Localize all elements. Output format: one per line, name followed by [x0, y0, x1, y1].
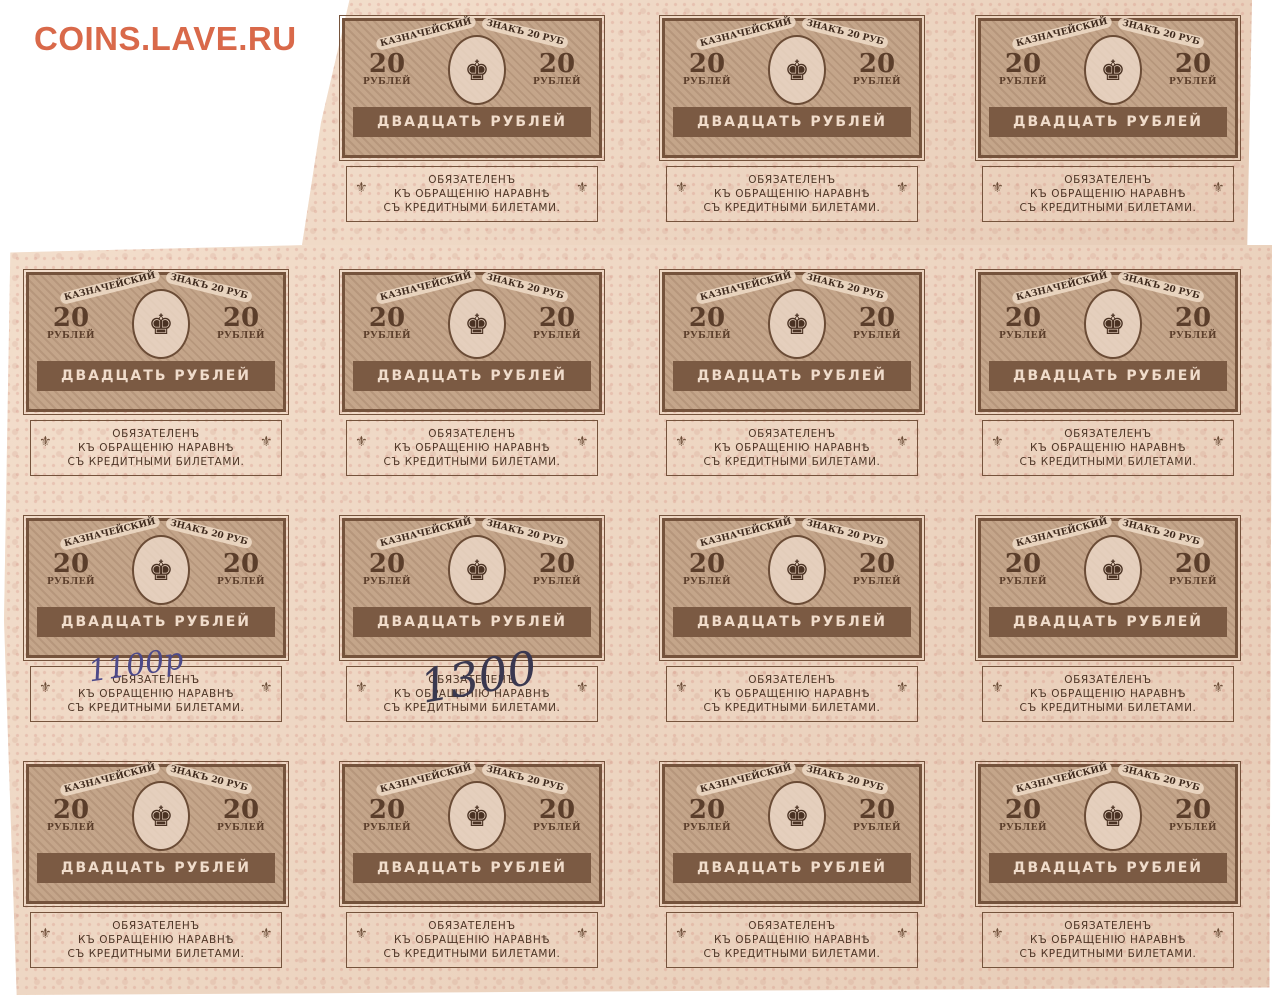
banknote-20-rubles: КАЗНАЧЕЙСКИЙ ЗНАКЪ 20 РУБ ♚ 20РУБЛЕЙ 20Р… — [342, 18, 602, 223]
denomination-band: ДВАДЦАТЬ РУБЛЕЙ — [673, 361, 911, 391]
banknote-legend: ⚜ ⚜ ОБЯЗАТЕЛЕНЪ КЪ ОБРАЩЕНІЮ НАРАВНѢ СЪ … — [346, 912, 598, 968]
banknote-legend: ⚜ ⚜ ОБЯЗАТЕЛЕНЪ КЪ ОБРАЩЕНІЮ НАРАВНѢ СЪ … — [982, 420, 1234, 476]
banknote-20-rubles: КАЗНАЧЕЙСКИЙ ЗНАКЪ 20 РУБ ♚ 20РУБЛЕЙ 20Р… — [978, 18, 1238, 223]
denomination: 20РУБЛЕЙ — [357, 551, 417, 588]
ornament-icon: ⚜ — [1212, 181, 1225, 195]
banknote-20-rubles: КАЗНАЧЕЙСКИЙ ЗНАКЪ 20 РУБ ♚ 20РУБЛЕЙ 20Р… — [978, 764, 1238, 969]
denomination: 20РУБЛЕЙ — [993, 305, 1053, 342]
double-headed-eagle-icon: ♚ — [1084, 35, 1142, 105]
denomination: 20РУБЛЕЙ — [677, 51, 737, 88]
banknote-face: КАЗНАЧЕЙСКИЙ ЗНАКЪ 20 РУБ ♚ 20РУБЛЕЙ 20Р… — [26, 518, 286, 658]
denomination: 20РУБЛЕЙ — [677, 797, 737, 834]
banknote-20-rubles: КАЗНАЧЕЙСКИЙ ЗНАКЪ 20 РУБ ♚ 20РУБЛЕЙ 20Р… — [26, 518, 286, 723]
denomination: 20РУБЛЕЙ — [211, 797, 271, 834]
banknote-face: КАЗНАЧЕЙСКИЙ ЗНАКЪ 20 РУБ ♚ 20РУБЛЕЙ 20Р… — [342, 518, 602, 658]
double-headed-eagle-icon: ♚ — [448, 781, 506, 851]
double-headed-eagle-icon: ♚ — [768, 35, 826, 105]
ornament-icon: ⚜ — [260, 681, 273, 695]
banknote-face: КАЗНАЧЕЙСКИЙ ЗНАКЪ 20 РУБ ♚ 20РУБЛЕЙ 20Р… — [662, 18, 922, 158]
banknote-20-rubles: КАЗНАЧЕЙСКИЙ ЗНАКЪ 20 РУБ ♚ 20РУБЛЕЙ 20Р… — [662, 518, 922, 723]
denomination: 20РУБЛЕЙ — [677, 305, 737, 342]
banknote-face: КАЗНАЧЕЙСКИЙ ЗНАКЪ 20 РУБ ♚ 20РУБЛЕЙ 20Р… — [26, 272, 286, 412]
double-headed-eagle-icon: ♚ — [768, 781, 826, 851]
denomination-band: ДВАДЦАТЬ РУБЛЕЙ — [989, 607, 1227, 637]
denomination: 20РУБЛЕЙ — [527, 797, 587, 834]
banknote-legend: ⚜ ⚜ ОБЯЗАТЕЛЕНЪ КЪ ОБРАЩЕНІЮ НАРАВНѢ СЪ … — [666, 666, 918, 722]
denomination: 20РУБЛЕЙ — [1163, 551, 1223, 588]
banknote-legend: ⚜ ⚜ ОБЯЗАТЕЛЕНЪ КЪ ОБРАЩЕНІЮ НАРАВНѢ СЪ … — [666, 166, 918, 222]
banknote-legend: ⚜ ⚜ ОБЯЗАТЕЛЕНЪ КЪ ОБРАЩЕНІЮ НАРАВНѢ СЪ … — [666, 420, 918, 476]
denomination: 20РУБЛЕЙ — [41, 797, 101, 834]
ornament-icon: ⚜ — [896, 435, 909, 449]
denomination: 20РУБЛЕЙ — [41, 305, 101, 342]
denomination: 20РУБЛЕЙ — [527, 51, 587, 88]
denomination-band: ДВАДЦАТЬ РУБЛЕЙ — [673, 107, 911, 137]
denomination: 20РУБЛЕЙ — [1163, 51, 1223, 88]
ornament-icon: ⚜ — [576, 435, 589, 449]
denomination-band: ДВАДЦАТЬ РУБЛЕЙ — [353, 361, 591, 391]
denomination: 20РУБЛЕЙ — [41, 551, 101, 588]
ornament-icon: ⚜ — [991, 435, 1004, 449]
banknote-20-rubles: КАЗНАЧЕЙСКИЙ ЗНАКЪ 20 РУБ ♚ 20РУБЛЕЙ 20Р… — [26, 272, 286, 477]
ornament-icon: ⚜ — [260, 435, 273, 449]
double-headed-eagle-icon: ♚ — [448, 289, 506, 359]
banknote-face: КАЗНАЧЕЙСКИЙ ЗНАКЪ 20 РУБ ♚ 20РУБЛЕЙ 20Р… — [342, 764, 602, 904]
banknote-face: КАЗНАЧЕЙСКИЙ ЗНАКЪ 20 РУБ ♚ 20РУБЛЕЙ 20Р… — [978, 518, 1238, 658]
ornament-icon: ⚜ — [675, 181, 688, 195]
banknote-20-rubles: КАЗНАЧЕЙСКИЙ ЗНАКЪ 20 РУБ ♚ 20РУБЛЕЙ 20Р… — [342, 764, 602, 969]
banknote-20-rubles: КАЗНАЧЕЙСКИЙ ЗНАКЪ 20 РУБ ♚ 20РУБЛЕЙ 20Р… — [662, 18, 922, 223]
ornament-icon: ⚜ — [576, 181, 589, 195]
denomination: 20РУБЛЕЙ — [1163, 797, 1223, 834]
ornament-icon: ⚜ — [1212, 681, 1225, 695]
double-headed-eagle-icon: ♚ — [448, 35, 506, 105]
ornament-icon: ⚜ — [355, 181, 368, 195]
banknote-face: КАЗНАЧЕЙСКИЙ ЗНАКЪ 20 РУБ ♚ 20РУБЛЕЙ 20Р… — [26, 764, 286, 904]
denomination: 20РУБЛЕЙ — [847, 797, 907, 834]
banknote-20-rubles: КАЗНАЧЕЙСКИЙ ЗНАКЪ 20 РУБ ♚ 20РУБЛЕЙ 20Р… — [978, 518, 1238, 723]
denomination: 20РУБЛЕЙ — [211, 551, 271, 588]
denomination: 20РУБЛЕЙ — [847, 551, 907, 588]
ornament-icon: ⚜ — [576, 681, 589, 695]
double-headed-eagle-icon: ♚ — [132, 289, 190, 359]
double-headed-eagle-icon: ♚ — [1084, 781, 1142, 851]
denomination-band: ДВАДЦАТЬ РУБЛЕЙ — [353, 607, 591, 637]
ornament-icon: ⚜ — [355, 681, 368, 695]
denomination: 20РУБЛЕЙ — [527, 551, 587, 588]
ornament-icon: ⚜ — [896, 927, 909, 941]
denomination-band: ДВАДЦАТЬ РУБЛЕЙ — [353, 107, 591, 137]
denomination-band: ДВАДЦАТЬ РУБЛЕЙ — [37, 853, 275, 883]
ornament-icon: ⚜ — [896, 181, 909, 195]
ornament-icon: ⚜ — [991, 681, 1004, 695]
ornament-icon: ⚜ — [576, 927, 589, 941]
ornament-icon: ⚜ — [675, 435, 688, 449]
banknote-face: КАЗНАЧЕЙСКИЙ ЗНАКЪ 20 РУБ ♚ 20РУБЛЕЙ 20Р… — [978, 764, 1238, 904]
denomination: 20РУБЛЕЙ — [993, 797, 1053, 834]
banknote-face: КАЗНАЧЕЙСКИЙ ЗНАКЪ 20 РУБ ♚ 20РУБЛЕЙ 20Р… — [662, 272, 922, 412]
double-headed-eagle-icon: ♚ — [1084, 289, 1142, 359]
denomination-band: ДВАДЦАТЬ РУБЛЕЙ — [673, 853, 911, 883]
ornament-icon: ⚜ — [39, 681, 52, 695]
double-headed-eagle-icon: ♚ — [1084, 535, 1142, 605]
denomination-band: ДВАДЦАТЬ РУБЛЕЙ — [989, 361, 1227, 391]
denomination: 20РУБЛЕЙ — [357, 797, 417, 834]
ornament-icon: ⚜ — [675, 681, 688, 695]
banknote-legend: ⚜ ⚜ ОБЯЗАТЕЛЕНЪ КЪ ОБРАЩЕНІЮ НАРАВНѢ СЪ … — [982, 912, 1234, 968]
ornament-icon: ⚜ — [39, 435, 52, 449]
denomination-band: ДВАДЦАТЬ РУБЛЕЙ — [673, 607, 911, 637]
double-headed-eagle-icon: ♚ — [132, 781, 190, 851]
banknote-face: КАЗНАЧЕЙСКИЙ ЗНАКЪ 20 РУБ ♚ 20РУБЛЕЙ 20Р… — [978, 272, 1238, 412]
double-headed-eagle-icon: ♚ — [448, 535, 506, 605]
denomination-band: ДВАДЦАТЬ РУБЛЕЙ — [37, 607, 275, 637]
banknote-face: КАЗНАЧЕЙСКИЙ ЗНАКЪ 20 РУБ ♚ 20РУБЛЕЙ 20Р… — [662, 764, 922, 904]
ornament-icon: ⚜ — [1212, 435, 1225, 449]
denomination: 20РУБЛЕЙ — [357, 305, 417, 342]
denomination-band: ДВАДЦАТЬ РУБЛЕЙ — [989, 107, 1227, 137]
banknote-legend: ⚜ ⚜ ОБЯЗАТЕЛЕНЪ КЪ ОБРАЩЕНІЮ НАРАВНѢ СЪ … — [346, 420, 598, 476]
banknote-face: КАЗНАЧЕЙСКИЙ ЗНАКЪ 20 РУБ ♚ 20РУБЛЕЙ 20Р… — [342, 272, 602, 412]
denomination: 20РУБЛЕЙ — [1163, 305, 1223, 342]
denomination: 20РУБЛЕЙ — [211, 305, 271, 342]
banknote-face: КАЗНАЧЕЙСКИЙ ЗНАКЪ 20 РУБ ♚ 20РУБЛЕЙ 20Р… — [978, 18, 1238, 158]
denomination: 20РУБЛЕЙ — [677, 551, 737, 588]
denomination-band: ДВАДЦАТЬ РУБЛЕЙ — [989, 853, 1227, 883]
denomination: 20РУБЛЕЙ — [527, 305, 587, 342]
banknote-face: КАЗНАЧЕЙСКИЙ ЗНАКЪ 20 РУБ ♚ 20РУБЛЕЙ 20Р… — [662, 518, 922, 658]
double-headed-eagle-icon: ♚ — [132, 535, 190, 605]
denomination-band: ДВАДЦАТЬ РУБЛЕЙ — [37, 361, 275, 391]
banknote-face: КАЗНАЧЕЙСКИЙ ЗНАКЪ 20 РУБ ♚ 20РУБЛЕЙ 20Р… — [342, 18, 602, 158]
ornament-icon: ⚜ — [991, 927, 1004, 941]
ornament-icon: ⚜ — [896, 681, 909, 695]
banknote-20-rubles: КАЗНАЧЕЙСКИЙ ЗНАКЪ 20 РУБ ♚ 20РУБЛЕЙ 20Р… — [978, 272, 1238, 477]
banknote-legend: ⚜ ⚜ ОБЯЗАТЕЛЕНЪ КЪ ОБРАЩЕНІЮ НАРАВНѢ СЪ … — [30, 420, 282, 476]
denomination: 20РУБЛЕЙ — [993, 51, 1053, 88]
site-watermark: COINS.LAVE.RU — [34, 20, 297, 58]
banknote-legend: ⚜ ⚜ ОБЯЗАТЕЛЕНЪ КЪ ОБРАЩЕНІЮ НАРАВНѢ СЪ … — [30, 912, 282, 968]
ornament-icon: ⚜ — [355, 927, 368, 941]
ornament-icon: ⚜ — [991, 181, 1004, 195]
denomination-band: ДВАДЦАТЬ РУБЛЕЙ — [353, 853, 591, 883]
banknote-legend: ⚜ ⚜ ОБЯЗАТЕЛЕНЪ КЪ ОБРАЩЕНІЮ НАРАВНѢ СЪ … — [982, 166, 1234, 222]
ornament-icon: ⚜ — [675, 927, 688, 941]
banknote-20-rubles: КАЗНАЧЕЙСКИЙ ЗНАКЪ 20 РУБ ♚ 20РУБЛЕЙ 20Р… — [342, 272, 602, 477]
denomination: 20РУБЛЕЙ — [847, 51, 907, 88]
denomination: 20РУБЛЕЙ — [357, 51, 417, 88]
ornament-icon: ⚜ — [39, 927, 52, 941]
ornament-icon: ⚜ — [355, 435, 368, 449]
banknote-legend: ⚜ ⚜ ОБЯЗАТЕЛЕНЪ КЪ ОБРАЩЕНІЮ НАРАВНѢ СЪ … — [346, 166, 598, 222]
double-headed-eagle-icon: ♚ — [768, 535, 826, 605]
banknote-20-rubles: КАЗНАЧЕЙСКИЙ ЗНАКЪ 20 РУБ ♚ 20РУБЛЕЙ 20Р… — [662, 764, 922, 969]
banknote-legend: ⚜ ⚜ ОБЯЗАТЕЛЕНЪ КЪ ОБРАЩЕНІЮ НАРАВНѢ СЪ … — [666, 912, 918, 968]
banknote-20-rubles: КАЗНАЧЕЙСКИЙ ЗНАКЪ 20 РУБ ♚ 20РУБЛЕЙ 20Р… — [662, 272, 922, 477]
banknote-20-rubles: КАЗНАЧЕЙСКИЙ ЗНАКЪ 20 РУБ ♚ 20РУБЛЕЙ 20Р… — [26, 764, 286, 969]
denomination: 20РУБЛЕЙ — [847, 305, 907, 342]
double-headed-eagle-icon: ♚ — [768, 289, 826, 359]
ornament-icon: ⚜ — [260, 927, 273, 941]
banknote-legend: ⚜ ⚜ ОБЯЗАТЕЛЕНЪ КЪ ОБРАЩЕНІЮ НАРАВНѢ СЪ … — [982, 666, 1234, 722]
ornament-icon: ⚜ — [1212, 927, 1225, 941]
denomination: 20РУБЛЕЙ — [993, 551, 1053, 588]
